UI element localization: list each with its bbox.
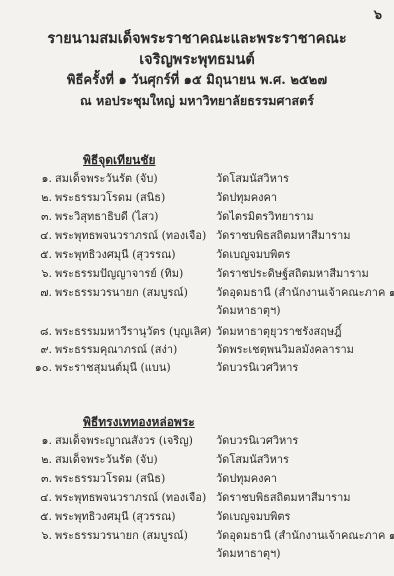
- item-number: ๓.: [30, 207, 52, 225]
- temple-name: วัดปทุมคงคา: [216, 469, 277, 487]
- item-number: ๖.: [30, 264, 52, 282]
- list-item: ๕. พระพุทธิวงศมุนี (สุวรรณ) วัดเบญจมบพิต…: [0, 245, 394, 263]
- monk-name: พระราชสุมนต์มุนี (แบน): [55, 358, 171, 376]
- header-title: รายนามสมเด็จพระราชาคณะและพระราชาคณะ: [0, 29, 394, 49]
- document-header: รายนามสมเด็จพระราชาคณะและพระราชาคณะ เจริ…: [0, 29, 394, 111]
- monk-name: พระพุทธพจนวราภรณ์ (ทองเจือ): [55, 488, 206, 506]
- section-heading: พิธีจุดเทียนชัย: [83, 151, 155, 170]
- item-number: ๗.: [30, 283, 52, 301]
- item-number: ๑.: [30, 431, 52, 449]
- item-number: ๕.: [30, 245, 52, 263]
- page-number: ๖: [374, 4, 382, 25]
- monk-name: พระธรรมวโรดม (สนิธ): [55, 469, 165, 487]
- item-number: ๔.: [30, 226, 52, 244]
- section-heading: พิธีทรงเททองหล่อพระ: [83, 413, 195, 432]
- list-item: ๑. สมเด็จพระวันรัต (จับ) วัดโสมนัสวิหาร: [0, 169, 394, 187]
- list-item: ๒. สมเด็จพระวันรัต (จับ) วัดโสมนัสวิหาร: [0, 450, 394, 468]
- item-number: ๕.: [30, 507, 52, 525]
- list-item: ๑. สมเด็จพระญาณสังวร (เจริญ) วัดบวรนิเวศ…: [0, 431, 394, 449]
- temple-name: วัดโสมนัสวิหาร: [216, 450, 289, 468]
- item-number: ๑.: [30, 169, 52, 187]
- monk-name: พระธรรมวรนายก (สมบูรณ์): [55, 283, 188, 301]
- item-number: ๙.: [30, 340, 52, 358]
- monk-name: พระพุทธิวงศมุนี (สุวรรณ): [55, 507, 176, 525]
- temple-name: วัดเบญจมบพิตร: [216, 507, 290, 525]
- temple-name: วัดปทุมคงคา: [216, 188, 277, 206]
- monk-name: พระพุทธพจนวราภรณ์ (ทองเจือ): [55, 226, 206, 244]
- temple-name: วัดมหาธาตุยุวราชรังสฤษฎิ์: [216, 322, 342, 340]
- temple-name: วัดราชบพิธสถิตมหาสีมาราม: [216, 488, 351, 506]
- item-number: ๖.: [30, 526, 52, 544]
- monk-name: สมเด็จพระญาณสังวร (เจริญ): [55, 431, 193, 449]
- list-item: ๔. พระพุทธพจนวราภรณ์ (ทองเจือ) วัดราชบพิ…: [0, 488, 394, 506]
- list-item: ๕. พระพุทธิวงศมุนี (สุวรรณ) วัดเบญจมบพิต…: [0, 507, 394, 525]
- temple-name: วัดบวรนิเวศวิหาร: [216, 431, 298, 449]
- temple-name: วัดพระเชตุพนวิมลมังคลาราม: [216, 340, 354, 358]
- monk-name: สมเด็จพระวันรัต (จับ): [55, 169, 158, 187]
- list-item: ๘. พระธรรมมหาวีรานุวัตร (บุญเลิศ) วัดมหา…: [0, 322, 394, 340]
- list-item: ๑๐. พระราชสุมนต์มุนี (แบน) วัดบวรนิเวศวิ…: [0, 358, 394, 376]
- list-item: ๓. พระธรรมวโรดม (สนิธ) วัดปทุมคงคา: [0, 469, 394, 487]
- temple-name: วัดเบญจมบพิตร: [216, 245, 290, 263]
- monk-name: พระธรรมมหาวีรานุวัตร (บุญเลิศ): [55, 322, 211, 340]
- temple-name: วัดโสมนัสวิหาร: [216, 169, 289, 187]
- temple-name: วัดอุดมธานี (สำนักงานเจ้าคณะภาค ๑๒: [216, 283, 394, 301]
- monk-name: พระพุทธิวงศมุนี (สุวรรณ): [55, 245, 176, 263]
- monk-name: พระวิสุทธาธิบดี (ไสว): [55, 207, 158, 225]
- header-subtitle: เจริญพระพุทธมนต์: [0, 49, 394, 71]
- list-item: ๔. พระพุทธพจนวราภรณ์ (ทองเจือ) วัดราชบพิ…: [0, 226, 394, 244]
- monk-name: พระธรรมปัญญาจารย์ (ทิม): [55, 264, 183, 282]
- temple-name: วัดราชบพิธสถิตมหาสีมาราม: [216, 226, 351, 244]
- temple-name: วัดราชประดิษฐ์สถิตมหาสีมาราม: [216, 264, 369, 282]
- monk-name: พระธรรมวรนายก (สมบูรณ์): [55, 526, 188, 544]
- item-number: ๘.: [30, 322, 52, 340]
- item-number: ๒.: [30, 450, 52, 468]
- list-item: ๖. พระธรรมปัญญาจารย์ (ทิม) วัดราชประดิษฐ…: [0, 264, 394, 282]
- temple-name: วัดไตรมิตรวิทยาราม: [216, 207, 314, 225]
- item-number: ๔.: [30, 488, 52, 506]
- list-item: ๗. พระธรรมวรนายก (สมบูรณ์) วัดอุดมธานี (…: [0, 283, 394, 319]
- temple-name: วัดบวรนิเวศวิหาร: [216, 358, 298, 376]
- monk-name: พระธรรมคุณาภรณ์ (สง่า): [55, 340, 177, 358]
- header-venue: ณ หอประชุมใหญ่ มหาวิทยาลัยธรรมศาสตร์: [0, 91, 394, 111]
- monk-name: สมเด็จพระวันรัต (จับ): [55, 450, 158, 468]
- list-item: ๖. พระธรรมวรนายก (สมบูรณ์) วัดอุดมธานี (…: [0, 526, 394, 562]
- item-number: ๒.: [30, 188, 52, 206]
- monk-name: พระธรรมวโรดม (สนิธ): [55, 188, 165, 206]
- header-ceremony-date: พิธีครั้งที่ ๑ วันศุกร์ที่ ๑๕ มิถุนายน พ…: [0, 71, 394, 91]
- item-number: ๓.: [30, 469, 52, 487]
- temple-name-continued: วัดมหาธาตุฯ): [216, 544, 281, 562]
- temple-name: วัดอุดมธานี (สำนักงานเจ้าคณะภาค ๑๒: [216, 526, 394, 544]
- temple-name-continued: วัดมหาธาตุฯ): [216, 301, 281, 319]
- list-item: ๓. พระวิสุทธาธิบดี (ไสว) วัดไตรมิตรวิทยา…: [0, 207, 394, 225]
- list-item: ๙. พระธรรมคุณาภรณ์ (สง่า) วัดพระเชตุพนวิ…: [0, 340, 394, 358]
- list-item: ๒. พระธรรมวโรดม (สนิธ) วัดปทุมคงคา: [0, 188, 394, 206]
- item-number: ๑๐.: [30, 358, 52, 376]
